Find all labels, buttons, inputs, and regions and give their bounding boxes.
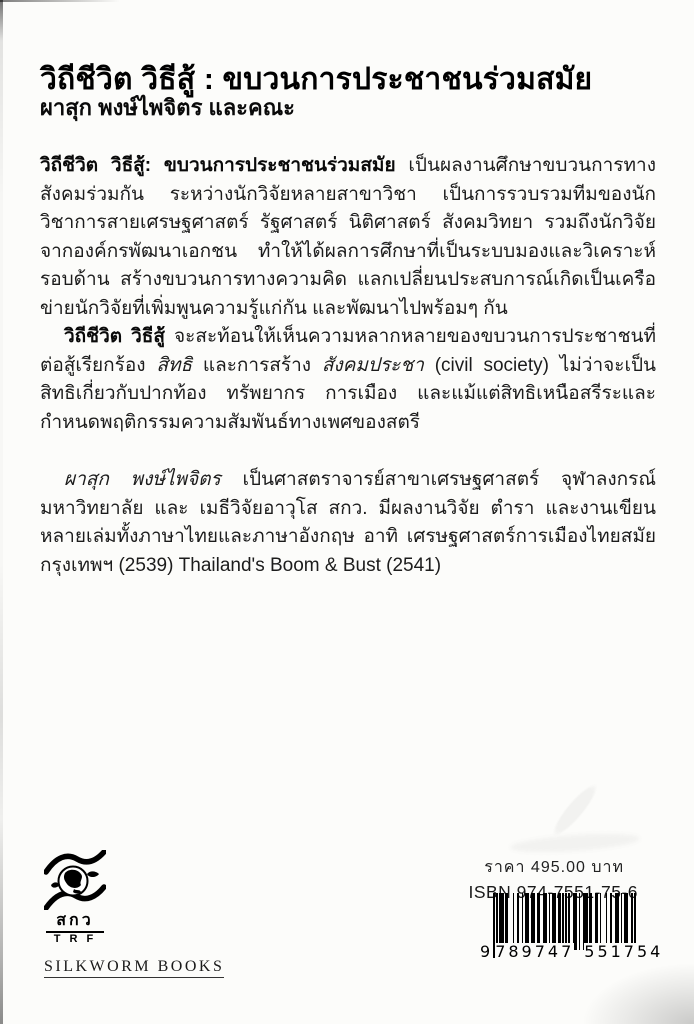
book-back-cover: วิถีชีวิต วิธีสู้ : ขบวนการประชาชนร่วมสม… — [0, 0, 694, 1024]
paragraph: ผาสุก พงษ์ไพจิตร เป็นศาสตราจารย์สาขาเศรษ… — [40, 466, 656, 580]
text-run: วิถีชีวิต วิธีสู้ — [64, 326, 174, 347]
text-run: สิทธิ — [156, 355, 192, 376]
price-line: ราคา 495.00 บาท — [468, 855, 638, 880]
trf-logo-thai-text: สกว — [44, 912, 106, 930]
paragraph: วิถีชีวิต วิธีสู้ จะสะท้อนให้เห็นความหลา… — [40, 323, 656, 437]
trf-logo-latin-text: TRF — [46, 931, 104, 946]
publisher-name: SILKWORM BOOKS — [44, 958, 224, 978]
trf-globe-logo-icon — [44, 850, 106, 910]
text-run: และการสร้าง — [192, 355, 322, 376]
pencil-smudge — [510, 830, 641, 855]
text-run: เป็นผลงานศึกษาขบวนการทางสังคมร่วมกัน ระห… — [40, 155, 656, 319]
book-author: ผาสุก พงษ์ไพจิตร และคณะ — [40, 90, 660, 125]
pencil-smudge — [550, 782, 600, 838]
barcode-lead-digit: 9 — [480, 943, 490, 961]
barcode-right-digits: 551754 — [584, 943, 663, 961]
text-run: สังคมประชา — [322, 355, 424, 376]
scan-edge-artifact — [0, 0, 3, 1024]
scan-edge-artifact — [0, 0, 120, 2]
paragraph: วิถีชีวิต วิธีสู้: ขบวนการประชาชนร่วมสมั… — [40, 152, 656, 323]
publisher-block: สกว TRF SILKWORM BOOKS — [44, 850, 194, 978]
barcode-digits: 9 789747 551754 — [480, 943, 638, 961]
page-curl-shadow — [584, 964, 694, 1024]
text-run: ผาสุก พงษ์ไพจิตร — [64, 469, 242, 490]
barcode-left-digits: 789747 — [495, 943, 574, 961]
barcode: 9 789747 551754 — [493, 893, 638, 969]
synopsis: วิถีชีวิต วิธีสู้: ขบวนการประชาชนร่วมสมั… — [40, 152, 656, 580]
text-run: วิถีชีวิต วิธีสู้: ขบวนการประชาชนร่วมสมั… — [40, 155, 408, 176]
